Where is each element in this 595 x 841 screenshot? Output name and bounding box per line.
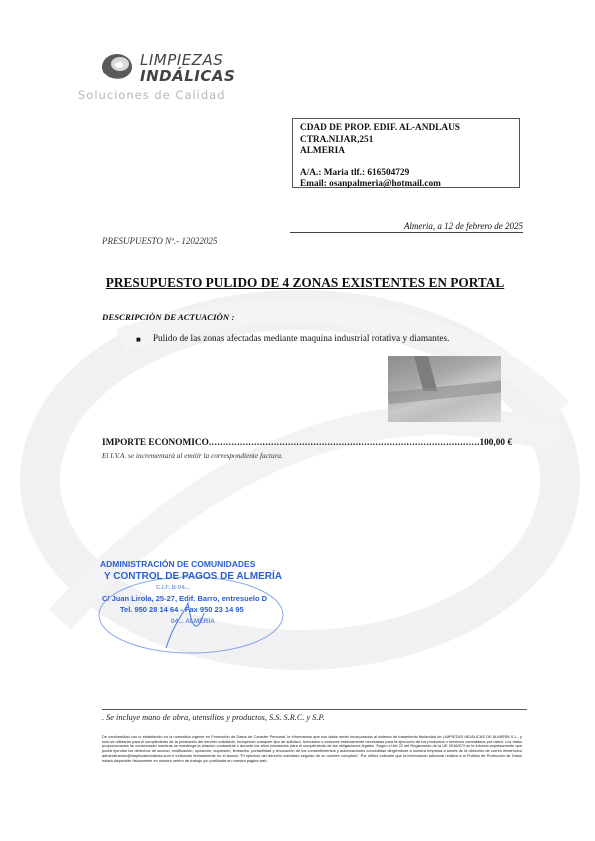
recipient-name: CDAD DE PROP. EDIF. AL-ANDLAUS [300, 123, 519, 135]
floor-photo [388, 356, 501, 422]
description-item-text: Pulido de las zonas afectadas mediante m… [153, 334, 450, 346]
company-stamp: ADMINISTRACIÓN DE COMUNIDADES Y CONTROL … [96, 553, 296, 658]
description-label: DESCRIPCIÒN DE ACTUACIÒN : [102, 312, 234, 322]
footer-note: . Se incluye mano de obra, utensilios y … [102, 713, 325, 722]
stamp-line5: Tel. 950 28 14 64 - Fax 950 23 14 95 [120, 605, 244, 614]
swirl-logo-icon [100, 52, 134, 82]
privacy-legal-text: De conformidad con lo establecido en la … [102, 735, 522, 763]
recipient-email: Email: osanpalmeria@hotmail.com [300, 179, 519, 191]
stamp-line3: C.I.F. B-04... [156, 585, 190, 591]
amount-row: IMPORTE ECONOMICO ......................… [102, 438, 512, 448]
budget-number: PRESUPUESTO Nº.- 12022025 [102, 236, 217, 246]
recipient-street: CTRA.NIJAR,251 [300, 135, 519, 147]
footer-divider [102, 709, 527, 710]
document-title: PRESUPUESTO PULIDO DE 4 ZONAS EXISTENTES… [0, 275, 595, 291]
company-logo: LIMPIEZAS INDÁLICAS Soluciones de Calida… [100, 50, 270, 105]
description-item: ■ Pulido de las zonas afectadas mediante… [136, 334, 449, 346]
amount-label: IMPORTE ECONOMICO [102, 438, 209, 448]
document-date: Almeria, a 12 de febrero de 2025 [290, 221, 523, 233]
amount-leader-dots: ........................................… [209, 438, 480, 448]
bullet-icon: ■ [136, 334, 141, 346]
recipient-address-box: CDAD DE PROP. EDIF. AL-ANDLAUS CTRA.NIJA… [292, 118, 520, 188]
stamp-line4: C/ Juan Lirola, 25-27, Edif. Barro, entr… [102, 594, 268, 603]
recipient-city: ALMERIA [300, 146, 519, 158]
iva-note: El I.V.A. se incrementarà al emitir la c… [102, 451, 283, 460]
stamp-line2: Y CONTROL DE PAGOS DE ALMERÍA [104, 569, 282, 582]
stamp-line1: ADMINISTRACIÓN DE COMUNIDADES [100, 558, 256, 569]
recipient-contact: A/A.: Maria tlf.: 616504729 [300, 168, 519, 180]
company-name-line1: LIMPIEZAS [140, 53, 223, 68]
amount-value: 100,00 € [479, 438, 512, 448]
company-name-line2: INDÁLICAS [140, 69, 235, 84]
company-tagline: Soluciones de Calidad [78, 88, 226, 102]
